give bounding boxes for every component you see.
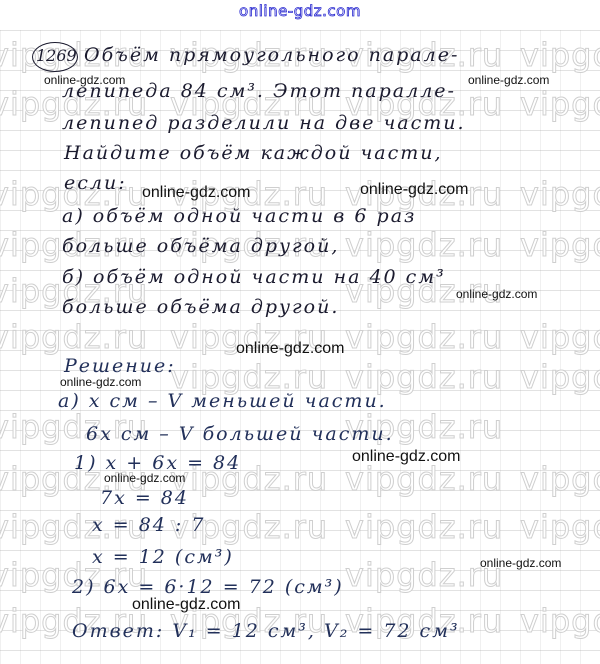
watermark-vipgdz: vipgdz.ru [345,318,503,356]
watermark-vipgdz: vipgdz.ru [520,226,600,264]
solution-heading: Решение: [64,355,176,377]
watermark-vipgdz: vipgdz.ru [520,318,600,356]
problem-line: Найдите объём каждой части, [64,142,443,164]
watermark-vipgdz: vipgdz.ru [520,36,600,74]
watermark-vipgdz: vipgdz.ru [520,508,600,546]
solution-line: x = 84 : 7 [92,514,205,536]
answer-line: Ответ: V₁ = 12 см³, V₂ = 72 см³ [72,620,460,642]
watermark-online-gdz: online-gdz.com [104,471,185,485]
watermark-online-gdz: online-gdz.com [456,287,537,301]
problem-number: 1269 [36,46,77,65]
watermark-online-gdz: online-gdz.com [352,448,461,466]
solution-line: а) x см – V меньшей части. [58,390,387,412]
watermark-vipgdz: vipgdz.ru [520,85,600,123]
problem-line: а) объём одной части в 6 раз [62,205,416,227]
watermark-online-gdz: online-gdz.com [360,181,469,199]
watermark-vipgdz: vipgdz.ru [520,358,600,396]
watermark-online-gdz: online-gdz.com [236,340,345,358]
solution-line: x = 12 (см³) [92,546,234,568]
site-header-watermark[interactable]: online-gdz.com [0,2,600,20]
problem-line: лепипед разделили на две части. [62,112,466,134]
watermark-vipgdz: vipgdz.ru [520,175,600,213]
watermark-online-gdz: online-gdz.com [142,184,251,202]
watermark-online-gdz: online-gdz.com [468,73,549,87]
problem-line: больше объёма другой, [62,235,339,257]
watermark-vipgdz: vipgdz.ru [345,508,503,546]
problem-line: если: [64,172,127,194]
watermark-online-gdz: online-gdz.com [132,596,241,614]
watermark-online-gdz: online-gdz.com [44,73,125,87]
problem-line: б) объём одной части на 40 см³ [62,266,446,288]
watermark-vipgdz: vipgdz.ru [0,318,148,356]
solution-line: 2) 6x = 6·12 = 72 (см³) [72,576,344,598]
problem-line: больше объёма другой. [62,296,339,318]
watermark-vipgdz: vipgdz.ru [520,460,600,498]
watermark-online-gdz: online-gdz.com [480,556,561,570]
watermark-online-gdz: online-gdz.com [60,375,141,389]
watermark-vipgdz: vipgdz.ru [520,602,600,640]
solution-line: 7x = 84 [100,487,189,509]
problem-line: Объём прямоугольного парале- [84,44,459,66]
solution-line: 6x см – V большей части. [86,423,394,445]
watermark-vipgdz: vipgdz.ru [345,226,503,264]
homework-page: online-gdz.com vipgdz.ru vipgdz.ru vipgd… [0,0,600,664]
